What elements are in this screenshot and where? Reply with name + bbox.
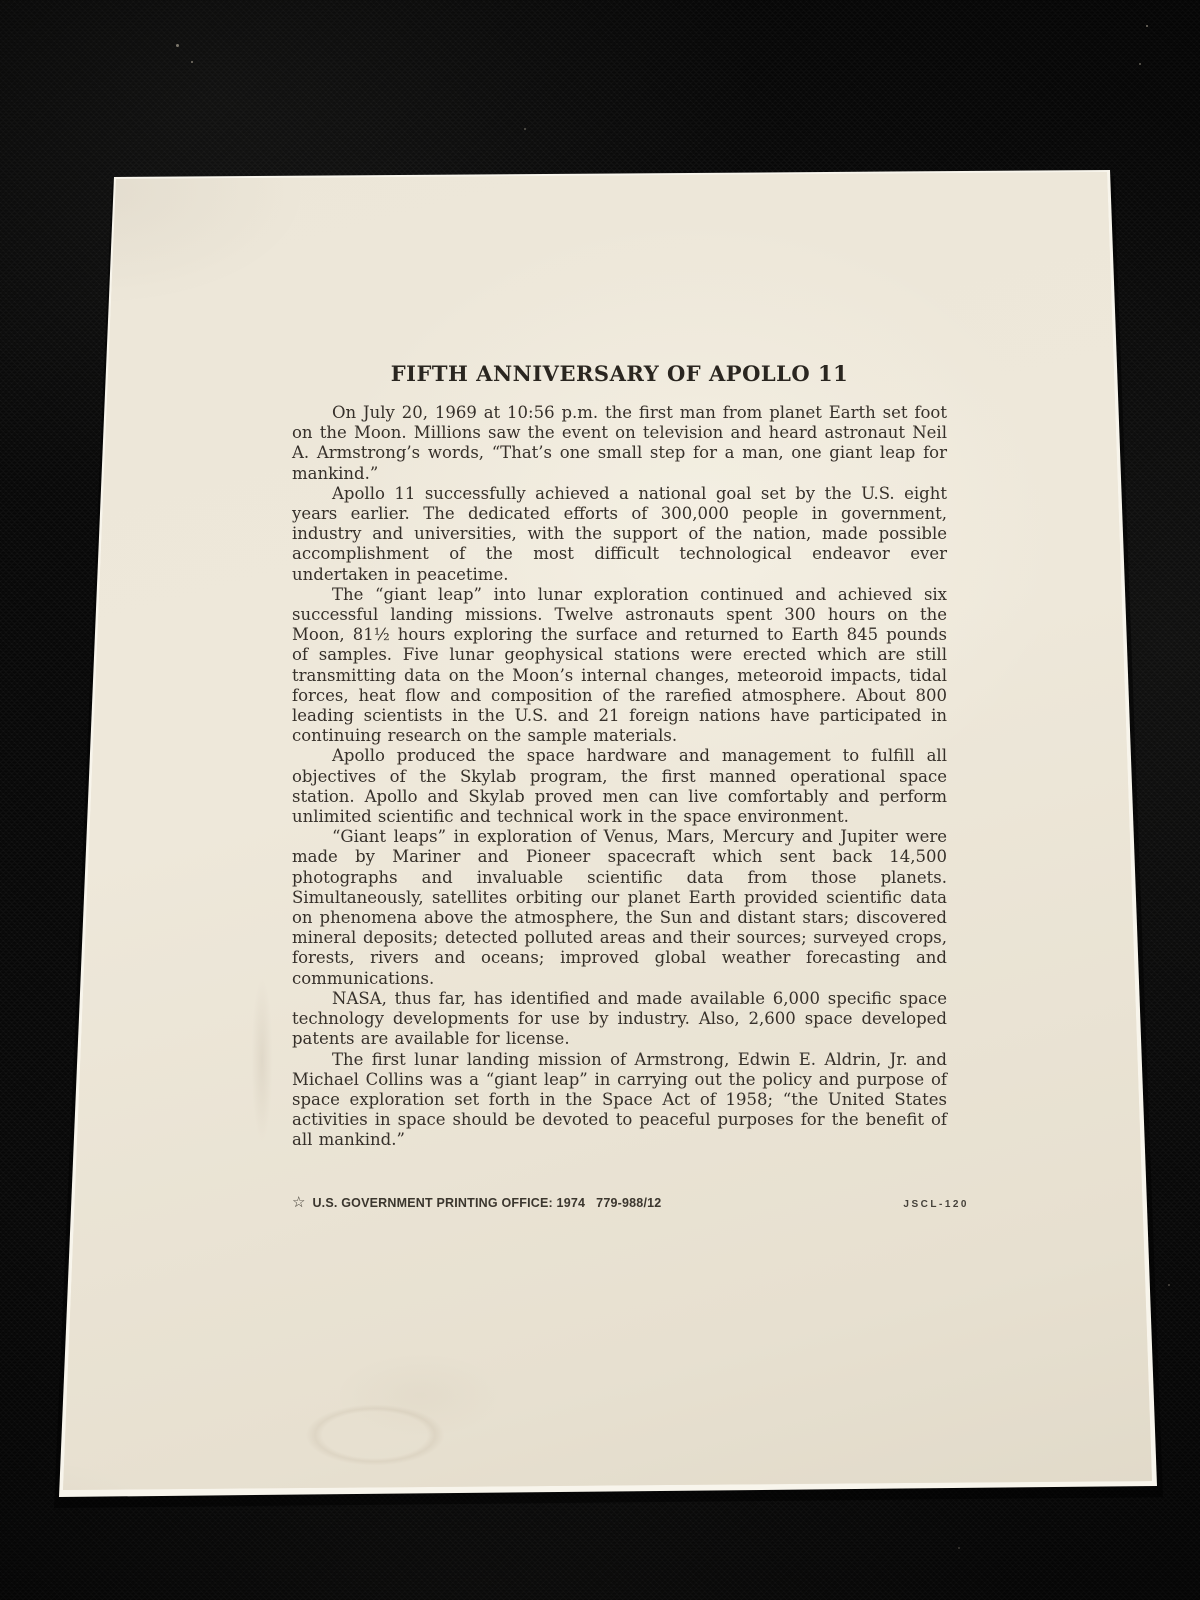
printing-office-text: U.S. GOVERNMENT PRINTING OFFICE: 1974 77… [312, 1196, 661, 1210]
dust-speck [1168, 1284, 1170, 1286]
paragraph: Apollo 11 successfully achieved a nation… [292, 484, 947, 585]
document-title: FIFTH ANNIVERSARY OF APOLLO 11 [292, 361, 947, 386]
document-footer: ☆ U.S. GOVERNMENT PRINTING OFFICE: 1974 … [292, 1193, 947, 1211]
photo-scene: FIFTH ANNIVERSARY OF APOLLO 11 On July 2… [0, 0, 1200, 1600]
paragraph: On July 20, 1969 at 10:56 p.m. the first… [292, 403, 947, 484]
dust-speck [176, 44, 179, 47]
dust-speck [958, 1547, 960, 1549]
document-content: FIFTH ANNIVERSARY OF APOLLO 11 On July 2… [292, 361, 947, 1211]
dust-speck [1139, 63, 1141, 65]
paragraph: The first lunar landing mission of Armst… [292, 1050, 947, 1151]
star-icon: ☆ [292, 1193, 305, 1211]
paragraph: NASA, thus far, has identified and made … [292, 989, 947, 1050]
document-body: On July 20, 1969 at 10:56 p.m. the first… [292, 403, 947, 1151]
printing-office-line: ☆ U.S. GOVERNMENT PRINTING OFFICE: 1974 … [292, 1193, 661, 1211]
paragraph: Apollo produced the space hardware and m… [292, 746, 947, 827]
dust-speck [1146, 25, 1148, 27]
form-code: JSCL-120 [903, 1199, 969, 1210]
dust-speck [191, 61, 193, 63]
paragraph: The “giant leap” into lunar exploration … [292, 585, 947, 747]
paragraph: “Giant leaps” in exploration of Venus, M… [292, 827, 947, 989]
dust-speck [524, 128, 526, 130]
